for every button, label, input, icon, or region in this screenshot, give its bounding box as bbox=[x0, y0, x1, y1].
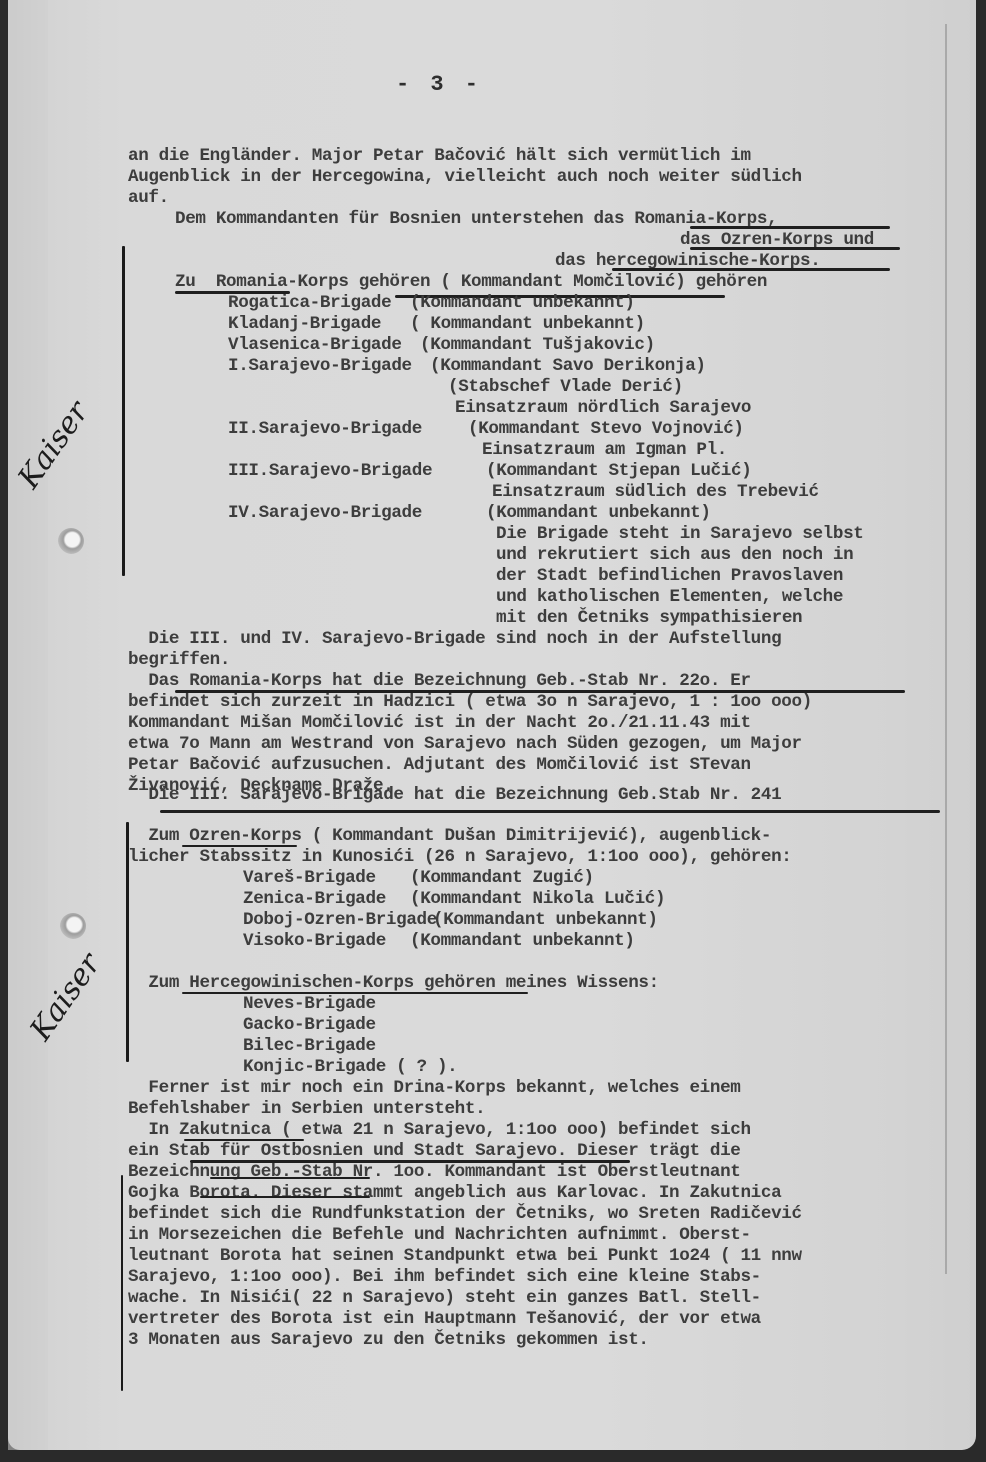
section-header: Zum Hercegowinischen-Korps gehören meine… bbox=[128, 973, 659, 994]
brigade-name: Vlasenica-Brigade bbox=[228, 335, 402, 356]
brigade-detail: (Kommandant Stevo Vojnović) bbox=[468, 419, 744, 440]
paragraph-line: Das Romania-Korps hat die Bezeichnung Ge… bbox=[128, 671, 751, 692]
note-line: und rekrutiert sich aus den noch in bbox=[496, 545, 853, 566]
brigade-detail: (Kommandant Zugić) bbox=[410, 868, 594, 889]
paragraph-line: begriffen. bbox=[128, 650, 230, 671]
brigade-detail: Einsatzraum südlich des Trebević bbox=[492, 482, 819, 503]
paragraph-line: Die III. und IV. Sarajevo-Brigade sind n… bbox=[128, 629, 781, 650]
page-number: - 3 - bbox=[396, 72, 482, 97]
hole-punch bbox=[58, 528, 84, 554]
brigade-name: Konjic-Brigade ( ? ). bbox=[243, 1057, 457, 1078]
brigade-name: Bilec-Brigade bbox=[243, 1036, 376, 1057]
brigade-detail: (Kommandant Savo Derikonja) bbox=[430, 356, 706, 377]
paragraph-line: etwa 7o Mann am Westrand von Sarajevo na… bbox=[128, 734, 802, 755]
note-line: mit den Četniks sympathisieren bbox=[496, 608, 802, 629]
paragraph-line: befindet sich die Rundfunkstation der Če… bbox=[128, 1204, 802, 1225]
paragraph-line: wache. In Nisići( 22 n Sarajevo) steht e… bbox=[128, 1288, 761, 1309]
note-line: Die Brigade steht in Sarajevo selbst bbox=[496, 524, 864, 545]
margin-bar bbox=[122, 246, 125, 576]
section-header: licher Stabssitz in Kunosići (26 n Saraj… bbox=[128, 847, 792, 868]
section-header: Zu Romania-Korps gehören ( Kommandant Mo… bbox=[175, 272, 767, 293]
brigade-detail: ( Kommandant unbekannt) bbox=[410, 314, 645, 335]
note-line: und katholischen Elementen, welche bbox=[496, 587, 843, 608]
paragraph-line: Dem Kommandanten für Bosnien unterstehen… bbox=[175, 209, 777, 230]
brigade-detail: (Stabschef Vlade Derić) bbox=[448, 377, 683, 398]
brigade-name: Doboj-Ozren-Brigade bbox=[243, 910, 437, 931]
brigade-name: Gacko-Brigade bbox=[243, 1015, 376, 1036]
paragraph-line: Kommandant Mišan Momčilović ist in der N… bbox=[128, 713, 751, 734]
brigade-name: III.Sarajevo-Brigade bbox=[228, 461, 432, 482]
brigade-name: IV.Sarajevo-Brigade bbox=[228, 503, 422, 524]
paragraph-line: Augenblick in der Hercegowina, vielleich… bbox=[128, 167, 802, 188]
paragraph-line: in Morsezeichen die Befehle und Nachrich… bbox=[128, 1225, 751, 1246]
brigade-name: Vareš-Brigade bbox=[243, 868, 376, 889]
brigade-name: Visoko-Brigade bbox=[243, 931, 386, 952]
pencil-underline bbox=[200, 1196, 370, 1198]
brigade-name: Rogatica-Brigade bbox=[228, 293, 391, 314]
note-line: der Stadt befindlichen Pravoslaven bbox=[496, 566, 843, 587]
brigade-detail: (Kommandant unbekannt) bbox=[433, 910, 658, 931]
brigade-name: Neves-Brigade bbox=[243, 994, 376, 1015]
paragraph-line: ein Stab für Ostbosnien und Stadt Saraje… bbox=[128, 1141, 740, 1162]
brigade-name: Zenica-Brigade bbox=[243, 889, 386, 910]
paragraph-line: leutnant Borota hat seinen Standpunkt et… bbox=[128, 1246, 802, 1267]
brigade-detail: (Kommandant Tušjakovic) bbox=[420, 335, 655, 356]
paragraph-line: an die Engländer. Major Petar Bačović hä… bbox=[128, 146, 751, 167]
paragraph-line: befindet sich zurzeit in Hadzici ( etwa … bbox=[128, 692, 812, 713]
brigade-detail: (Kommandant Nikola Lučić) bbox=[410, 889, 665, 910]
paragraph-line: Petar Bačović aufzusuchen. Adjutant des … bbox=[128, 755, 751, 776]
paper-inner-edge bbox=[945, 24, 947, 1274]
pencil-underline bbox=[612, 268, 890, 271]
paragraph-line: Bezeichnung Geb.-Stab Nr. 1oo. Kommandan… bbox=[128, 1162, 740, 1183]
brigade-name: I.Sarajevo-Brigade bbox=[228, 356, 412, 377]
paragraph-line: Ferner ist mir noch ein Drina-Korps beka… bbox=[128, 1078, 740, 1099]
brigade-detail: Einsatzraum am Igman Pl. bbox=[482, 440, 727, 461]
paragraph-line: Befehlshaber in Serbien untersteht. bbox=[128, 1099, 485, 1120]
brigade-detail: (Kommandant unbekannt) bbox=[486, 503, 711, 524]
paragraph-line: vertreter des Borota ist ein Hauptmann T… bbox=[128, 1309, 761, 1330]
brigade-name: II.Sarajevo-Brigade bbox=[228, 419, 422, 440]
pencil-underline bbox=[690, 226, 890, 229]
brigade-detail: (Kommandant unbekannt) bbox=[410, 931, 635, 952]
paper-edge-shade bbox=[8, 0, 48, 1450]
pencil-underline bbox=[690, 247, 900, 250]
brigade-name: Kladanj-Brigade bbox=[228, 314, 381, 335]
brigade-detail: (Kommandant unbekannt) bbox=[410, 293, 635, 314]
brigade-detail: (Kommandant Stjepan Lučić) bbox=[486, 461, 751, 482]
brigade-detail: Einsatzraum nördlich Sarajevo bbox=[455, 398, 751, 419]
pencil-underline bbox=[160, 810, 940, 813]
pencil-underline bbox=[210, 1177, 370, 1179]
hole-punch bbox=[60, 913, 86, 939]
section-header: Zum Ozren-Korps ( Kommandant Dušan Dimit… bbox=[128, 826, 771, 847]
paragraph-line: Die III. Sarajevo-Brigade hat die Bezeic… bbox=[128, 785, 781, 806]
paragraph-line: In Zakutnica ( etwa 21 n Sarajevo, 1:1oo… bbox=[128, 1120, 751, 1141]
paragraph-line: Sarajevo, 1:1oo ooo). Bei ihm befindet s… bbox=[128, 1267, 761, 1288]
paragraph-line: Gojka Borota. Dieser stammt angeblich au… bbox=[128, 1183, 781, 1204]
paragraph-line: auf. bbox=[128, 188, 169, 209]
paragraph-line: 3 Monaten aus Sarajevo zu den Četniks ge… bbox=[128, 1330, 649, 1351]
margin-bar bbox=[121, 1175, 123, 1391]
